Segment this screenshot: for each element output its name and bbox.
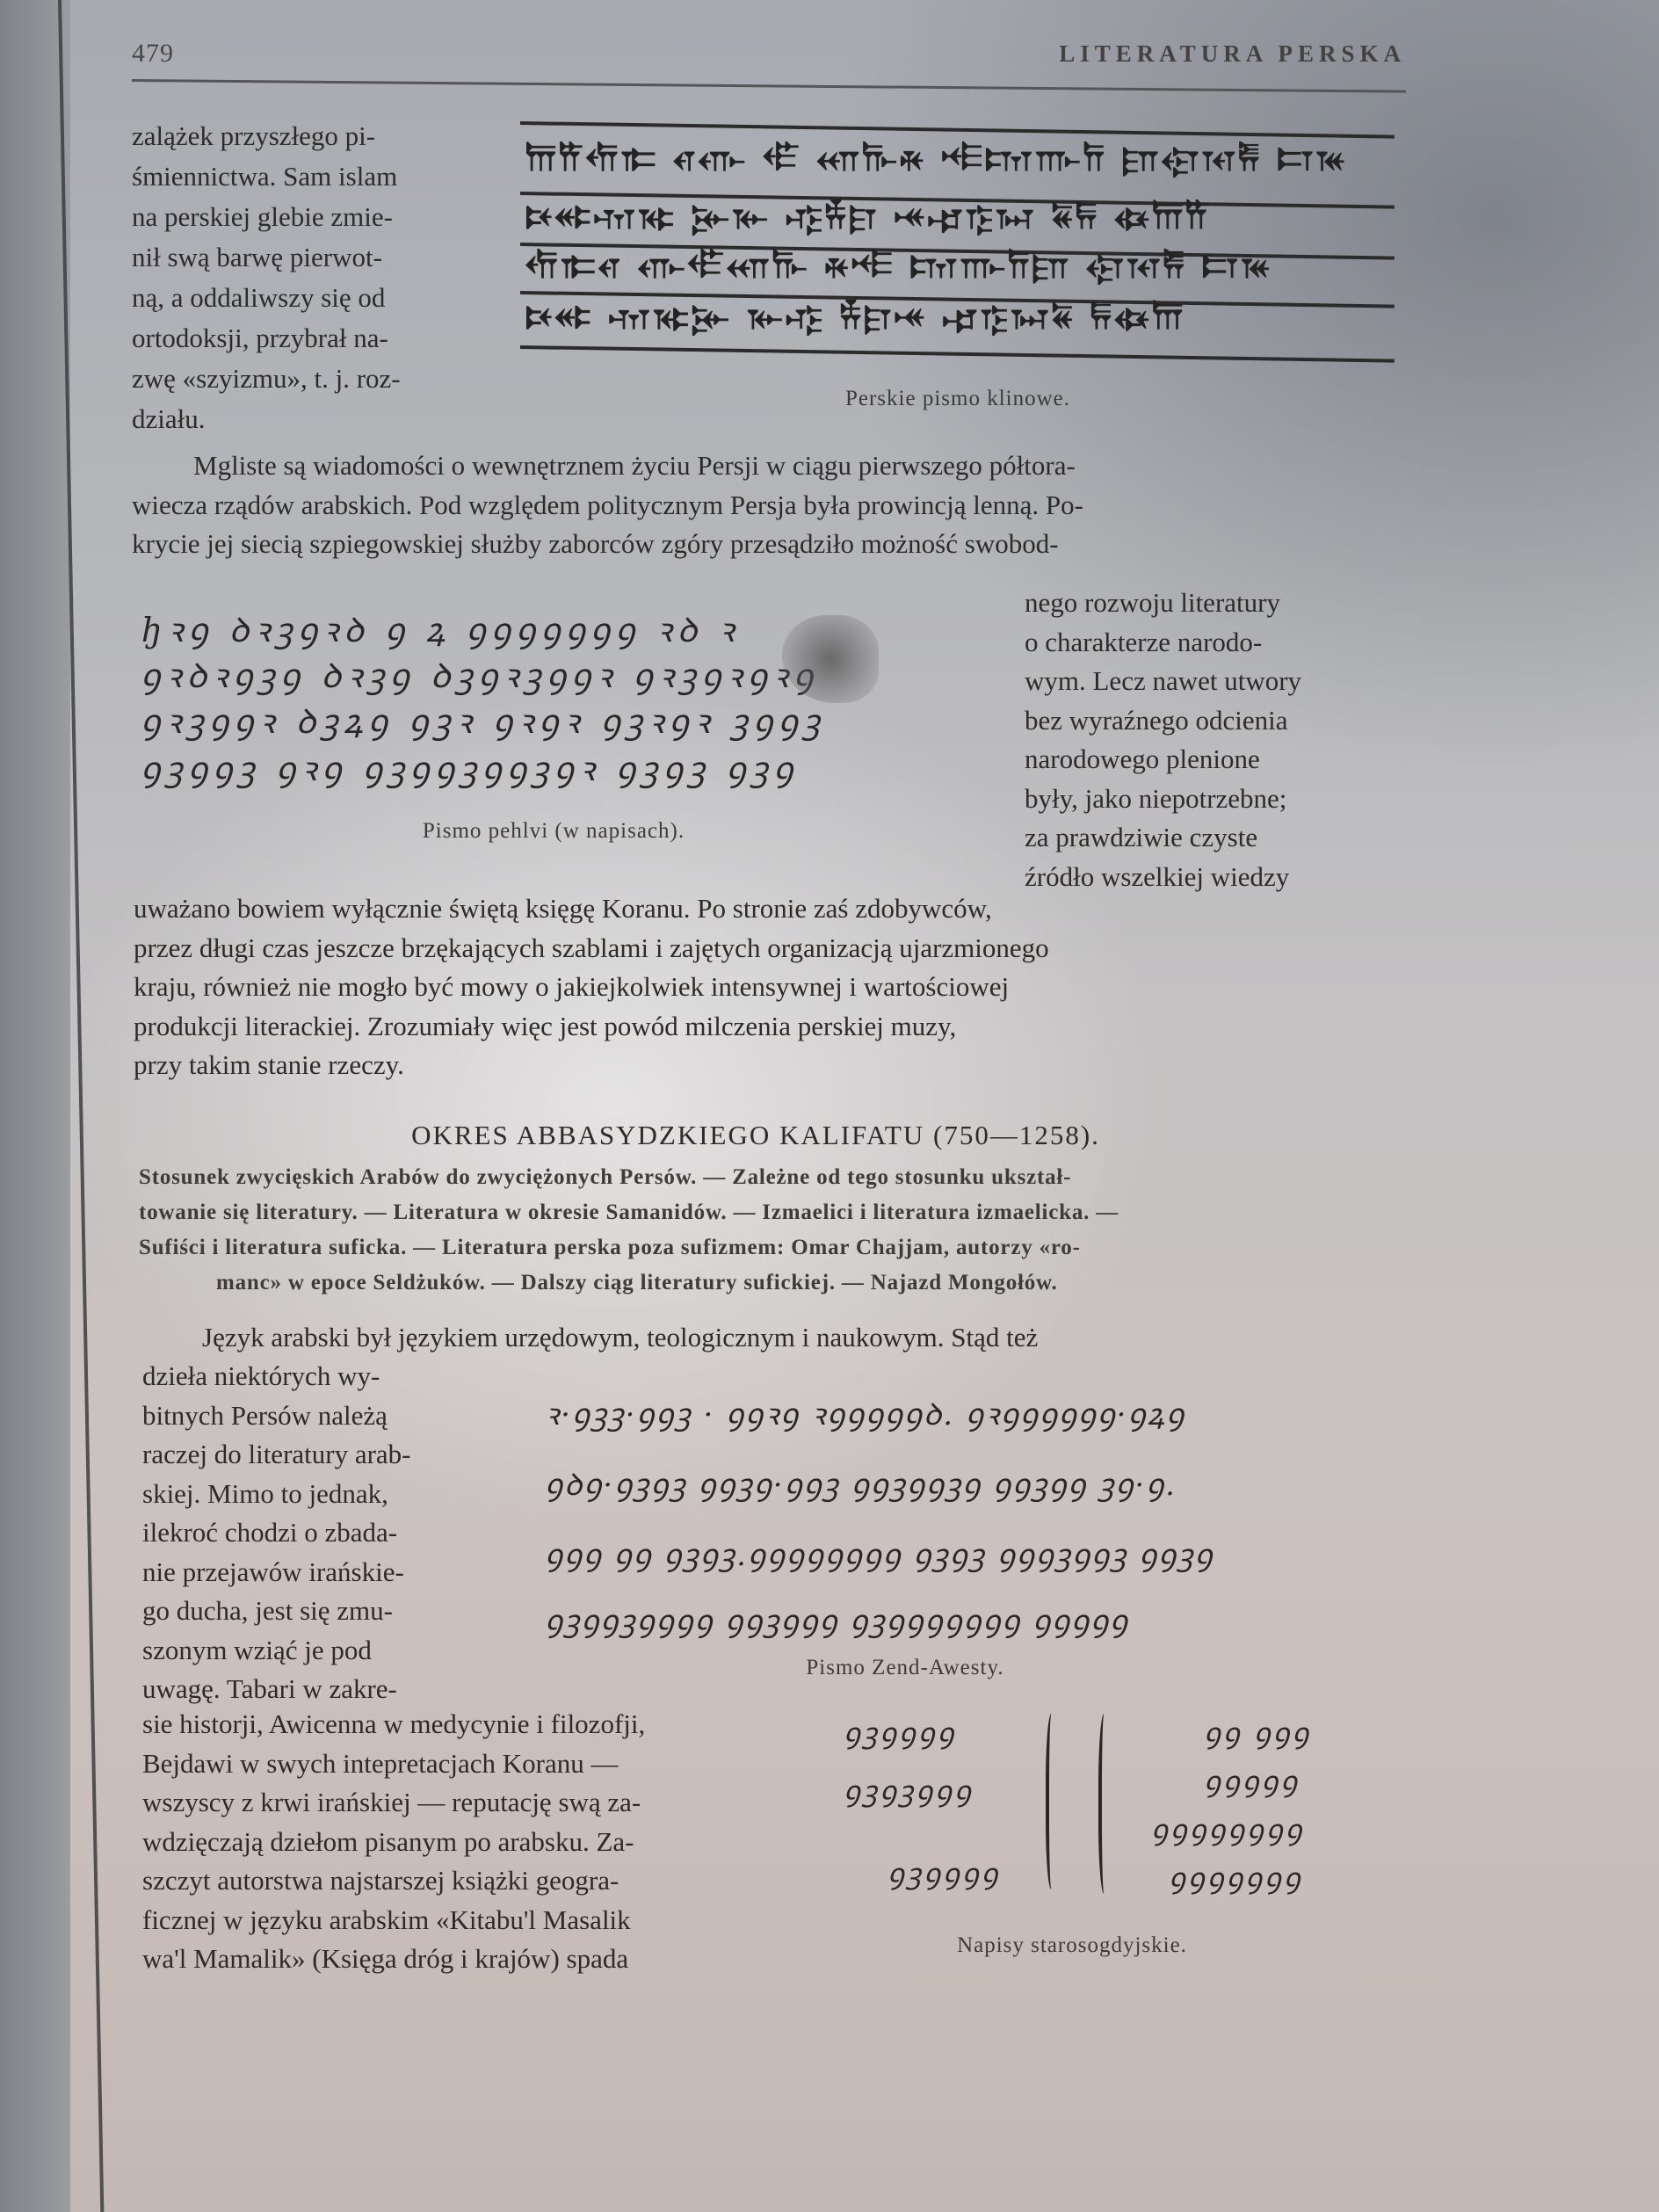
text-line: szczyt autorstwa najstarszej książki geo… [142,1861,812,1901]
sogdian-row-right: ꝯꝯꝯꝯꝯꝯꝯ [1169,1859,1303,1897]
text-line: sie historji, Awicenna w medycynie i fil… [142,1705,812,1744]
paragraph-2-first-line: Język arabski był językiem urzędowym, te… [141,1318,1366,1358]
text-line: Bejdawi w swych intepretacjach Koranu — [142,1744,812,1784]
text-line: wszyscy z krwi irańskiej — reputację swą… [142,1783,812,1823]
sogdian-row-left: ꝯꝫꝯꝯꝯꝯ [887,1854,1000,1892]
old-sogdian-caption: Napisy starosogdyjskie. [905,1933,1239,1958]
paragraph-1-right-column: nego rozwoju literatury o charakterze na… [1025,584,1387,896]
text-line: ficznej w języku arabskim «Kitabu'l Masa… [142,1901,812,1940]
text-line: śmiennictwa. Sam islam [132,156,475,197]
paragraph-2-wider-column: sie historji, Awicenna w medycynie i fil… [142,1705,812,1979]
pehlvi-caption: Pismo pehlvi (w napisach). [334,819,773,844]
pehlvi-row: ꝯꝫꝯꝯꝫ ꝯꝛꝯ ꝯꝫꝯꝯꝫꝯꝯꝫꝯꝛ ꝯꝫꝯꝫ ꝯꝫꝯ [141,745,798,791]
text-line: o charakterze narodo- [1025,623,1387,663]
summary-line: manc» w epoce Seldżuków. — Dalszy ciąg l… [139,1266,1380,1301]
text-line: za prawdziwie czyste [1025,818,1387,858]
divider-brace [1046,1714,1060,1889]
header-rule [132,79,1406,93]
old-sogdian-figure: ꝯꝫꝯꝯꝯꝯ ꝯꝫꝯꝫꝯꝯꝯ ꝯꝫꝯꝯꝯꝯ ꝯꝯ ꝯꝯꝯ ꝯꝯꝯꝯꝯ ꝯꝯꝯꝯꝯ… [835,1714,1380,1907]
text-line: bitnych Persów należą [142,1396,469,1436]
text-line: Język arabski był językiem urzędowym, te… [202,1322,1038,1353]
sogdian-row-left: ꝯꝫꝯꝯꝯꝯ [844,1714,956,1751]
zend-row: ꝛ·ꝯꝫꝫ·ꝯꝯꝫ · ꝯꝯꝛꝯ ꝛꝯꝯꝯꝯꝯꝺ. ꝯꝛꝯꝯꝯꝯꝯꝯ·ꝯꝝꝯ [545,1393,1185,1433]
text-line: ną, a oddaliwszy się od [132,278,475,318]
text-line: kraju, również nie mogło być mowy o jaki… [134,968,1380,1007]
cuneiform-row: 𐎢𐎣𐎤 𐎥𐎦𐎧𐎨 𐎩𐎪 𐎫𐎬𐎭𐎮 𐎯𐎰𐎱 𐎲𐎳 [525,246,1272,286]
paragraph-2-narrow-column: dzieła niektórych wy- bitnych Persów nal… [142,1357,469,1709]
running-head: 479 LITERATURA PERSKA [132,35,1406,88]
text-line: uważano bowiem wyłącznie świętą księgę K… [134,889,1380,929]
sogdian-row-right: ꝯꝯꝯꝯꝯ [1204,1762,1300,1800]
summary-line: towanie się literatury. — Literatura w o… [139,1195,1380,1230]
zend-avesta-caption: Pismo Zend-Awesty. [747,1656,1063,1680]
page-number: 479 [132,39,174,69]
text-line: ilekroć chodzi o zbada- [142,1513,469,1553]
text-line: wa'l Mamalik» (Księga dróg i krajów) spa… [142,1940,812,1979]
text-line: go ducha, jest się zmu- [142,1592,469,1631]
cuneiform-row: 𐎴𐎵 𐎶𐎷𐎸 𐎹𐎺 𐎻𐎼𐎽 𐎾𐎿𐏀𐏁 𐏂𐏃𐎠 [525,297,1185,337]
text-line: szonym wziąć je pod [142,1631,469,1671]
section-summary: Stosunek zwycięskich Arabów do zwyciężon… [139,1160,1380,1301]
text-line: dzieła niektórych wy- [142,1357,469,1396]
text-line: ortodoksji, przybrał na- [132,318,475,359]
text-line: uwagę. Tabari w zakre- [142,1670,469,1709]
text-line: narodowego plenione [1025,740,1387,780]
cuneiform-figure: 𐎠𐎡𐎢𐎣 𐎤𐎥 𐎦 𐎧𐎨𐎩 𐎪𐎫𐎬𐎭 𐎮𐎯𐎰𐎱 𐎲𐎳 𐎴𐎵𐎶𐎷 𐎸𐎹 𐎺𐎻𐎼 𐎽… [520,121,1399,367]
text-line: nego rozwoju literatury [1025,584,1387,623]
zend-row: ꝯꝺꝯ·ꝯꝫꝯꝫ ꝯꝯꝫꝯ·ꝯꝯꝫ ꝯꝯꝫꝯꝯꝫꝯ ꝯꝯꝫꝯꝯ ꝫꝯ·ꝯ. [545,1463,1177,1504]
divider-brace [1098,1714,1112,1894]
pehlvi-row: ꜧꝛꝯ ꝺꝛꝫꝯꝛꝺ ꝯ ꝝ ꝯꝯꝯꝯꝯꝯꝯ ꝛꝺ ꝛ [141,606,739,652]
text-line: produkcji literackiej. Zrozumiały więc j… [134,1007,1380,1047]
text-line: krycie jej siecią szpiegowskiej służby z… [132,525,1388,564]
pehlvi-row: ꝯꝛꝫꝯꝯꝛ ꝺꝫꝝꝯ ꝯꝫꝛ ꝯꝛꝯꝛ ꝯꝫꝛꝯꝛ ꝫꝯꝯꝫ [141,698,825,743]
text-line: wym. Lecz nawet utwory [1025,662,1387,701]
page-content: 479 LITERATURA PERSKA zalążek przyszłego… [0,0,1659,2212]
text-line: nie przejawów irańskie- [142,1553,469,1592]
sogdian-row-right: ꝯꝯꝯꝯꝯꝯꝯꝯ [1151,1810,1304,1848]
text-line: przy takim stanie rzeczy. [134,1046,1380,1085]
text-line: działu. [132,399,475,439]
running-title: LITERATURA PERSKA [1059,40,1406,68]
pehlvi-row: ꝯꝛꝺꝛꝯꝫꝯ ꝺꝛꝫꝯ ꝺꝫꝯꝛꝫꝯꝯꝛ ꝯꝛꝫꝯꝛꝯꝛꝯ [141,652,818,698]
figure-rule [520,121,1395,139]
text-line: na perskiej glebie zmie- [132,197,475,237]
text-line: wiecza rządów arabskich. Pod względem po… [132,486,1388,526]
cuneiform-row: 𐎠𐎡𐎢𐎣 𐎤𐎥 𐎦 𐎧𐎨𐎩 𐎪𐎫𐎬𐎭 𐎮𐎯𐎰𐎱 𐎲𐎳 [525,139,1348,179]
text-line: bez wyraźnego odcienia [1025,701,1387,741]
text-line: skiej. Mimo to jednak, [142,1475,469,1514]
text-line: przez długi czas jeszcze brzękających sz… [134,929,1380,968]
sogdian-row-left: ꝯꝫꝯꝫꝯꝯꝯ [844,1772,974,1809]
summary-line: Stosunek zwycięskich Arabów do zwyciężon… [139,1160,1380,1195]
text-line: raczej do literatury arab- [142,1435,469,1475]
summary-line: Sufiści i literatura suficka. — Literatu… [139,1230,1380,1266]
zend-row: ꝯꝫꝯꝯꝫꝯꝯꝯꝯ ꝯꝯꝫꝯꝯꝯ ꝯꝫꝯꝯꝯꝯꝯꝯꝯ ꝯꝯꝯꝯꝯ [545,1599,1129,1640]
text-line: zwę «szyizmu», t. j. roz- [132,359,475,399]
figure-rule [520,345,1395,363]
pehlvi-figure: ꜧꝛꝯ ꝺꝛꝫꝯꝛꝺ ꝯ ꝝ ꝯꝯꝯꝯꝯꝯꝯ ꝛꝺ ꝛ ꝯꝛꝺꝛꝯꝫꝯ ꝺꝛꝫꝯ… [132,606,1011,800]
text-line: były, jako niepotrzebne; [1025,780,1387,819]
paragraph-1-continuation: uważano bowiem wyłącznie świętą księgę K… [134,889,1380,1085]
section-heading: OKRES ABBASYDZKIEGO KALIFATU (750—1258). [132,1120,1380,1151]
text-line: nił swą barwę pierwot- [132,237,475,278]
cuneiform-row: 𐎴𐎵𐎶𐎷 𐎸𐎹 𐎺𐎻𐎼 𐎽𐎾𐎿𐏀 𐏁𐏂 𐏃𐎠𐎡 [525,197,1213,237]
text-line: wdzięczają dziełom pisanym po arabsku. Z… [142,1823,812,1862]
sogdian-row-right: ꝯꝯ ꝯꝯꝯ [1204,1714,1311,1751]
zend-avesta-figure: ꝛ·ꝯꝫꝫ·ꝯꝯꝫ · ꝯꝯꝛꝯ ꝛꝯꝯꝯꝯꝯꝺ. ꝯꝛꝯꝯꝯꝯꝯꝯ·ꝯꝝꝯ ꝯ… [527,1393,1388,1657]
text-line: Mgliste są wiadomości o wewnętrznem życi… [132,446,1388,486]
text-line: zalążek przyszłego pi- [132,116,475,156]
paragraph-1: Mgliste są wiadomości o wewnętrznem życi… [132,446,1388,564]
cuneiform-caption: Perskie pismo klinowe. [703,387,1213,411]
zend-row: ꝯꝯꝯ ꝯꝯ ꝯꝫꝯꝫ.ꝯꝯꝯꝯꝯꝯꝯꝯ ꝯꝫꝯꝫ ꝯꝯꝯꝫꝯꝯꝫ ꝯꝯꝫꝯ [545,1534,1213,1574]
intro-column: zalążek przyszłego pi- śmiennictwa. Sam … [132,116,475,439]
